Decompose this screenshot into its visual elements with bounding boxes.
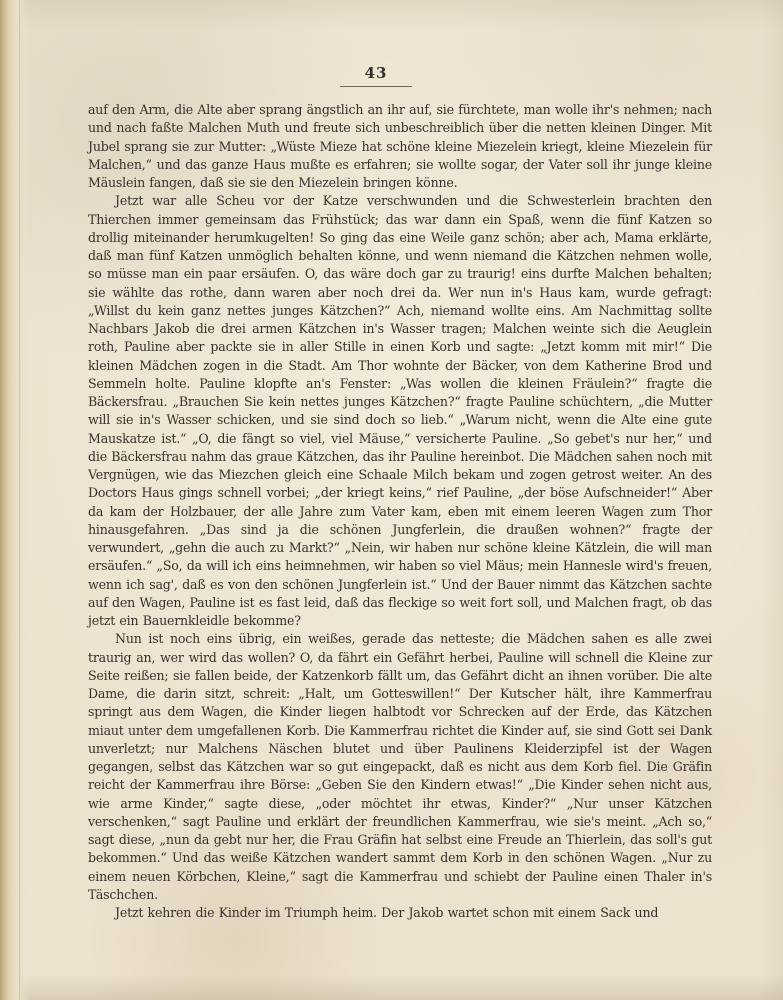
text-block: auf den Arm, die Alte aber sprang ängstl… <box>88 101 712 922</box>
paragraph: Nun ist noch eins übrig, ein weißes, ger… <box>88 630 712 904</box>
book-binding-edge <box>0 0 30 1000</box>
page-number: 43 <box>340 64 412 85</box>
page-crease <box>19 0 21 1000</box>
page-number-rule <box>340 86 412 87</box>
paragraph: Jetzt kehren die Kinder im Triumph heim.… <box>88 904 712 922</box>
page-header: 43 <box>340 64 412 87</box>
paragraph: auf den Arm, die Alte aber sprang ängstl… <box>88 101 712 192</box>
paragraph: Jetzt war alle Scheu vor der Katze versc… <box>88 192 712 630</box>
scanned-book-page: 43 auf den Arm, die Alte aber sprang äng… <box>0 0 783 1000</box>
